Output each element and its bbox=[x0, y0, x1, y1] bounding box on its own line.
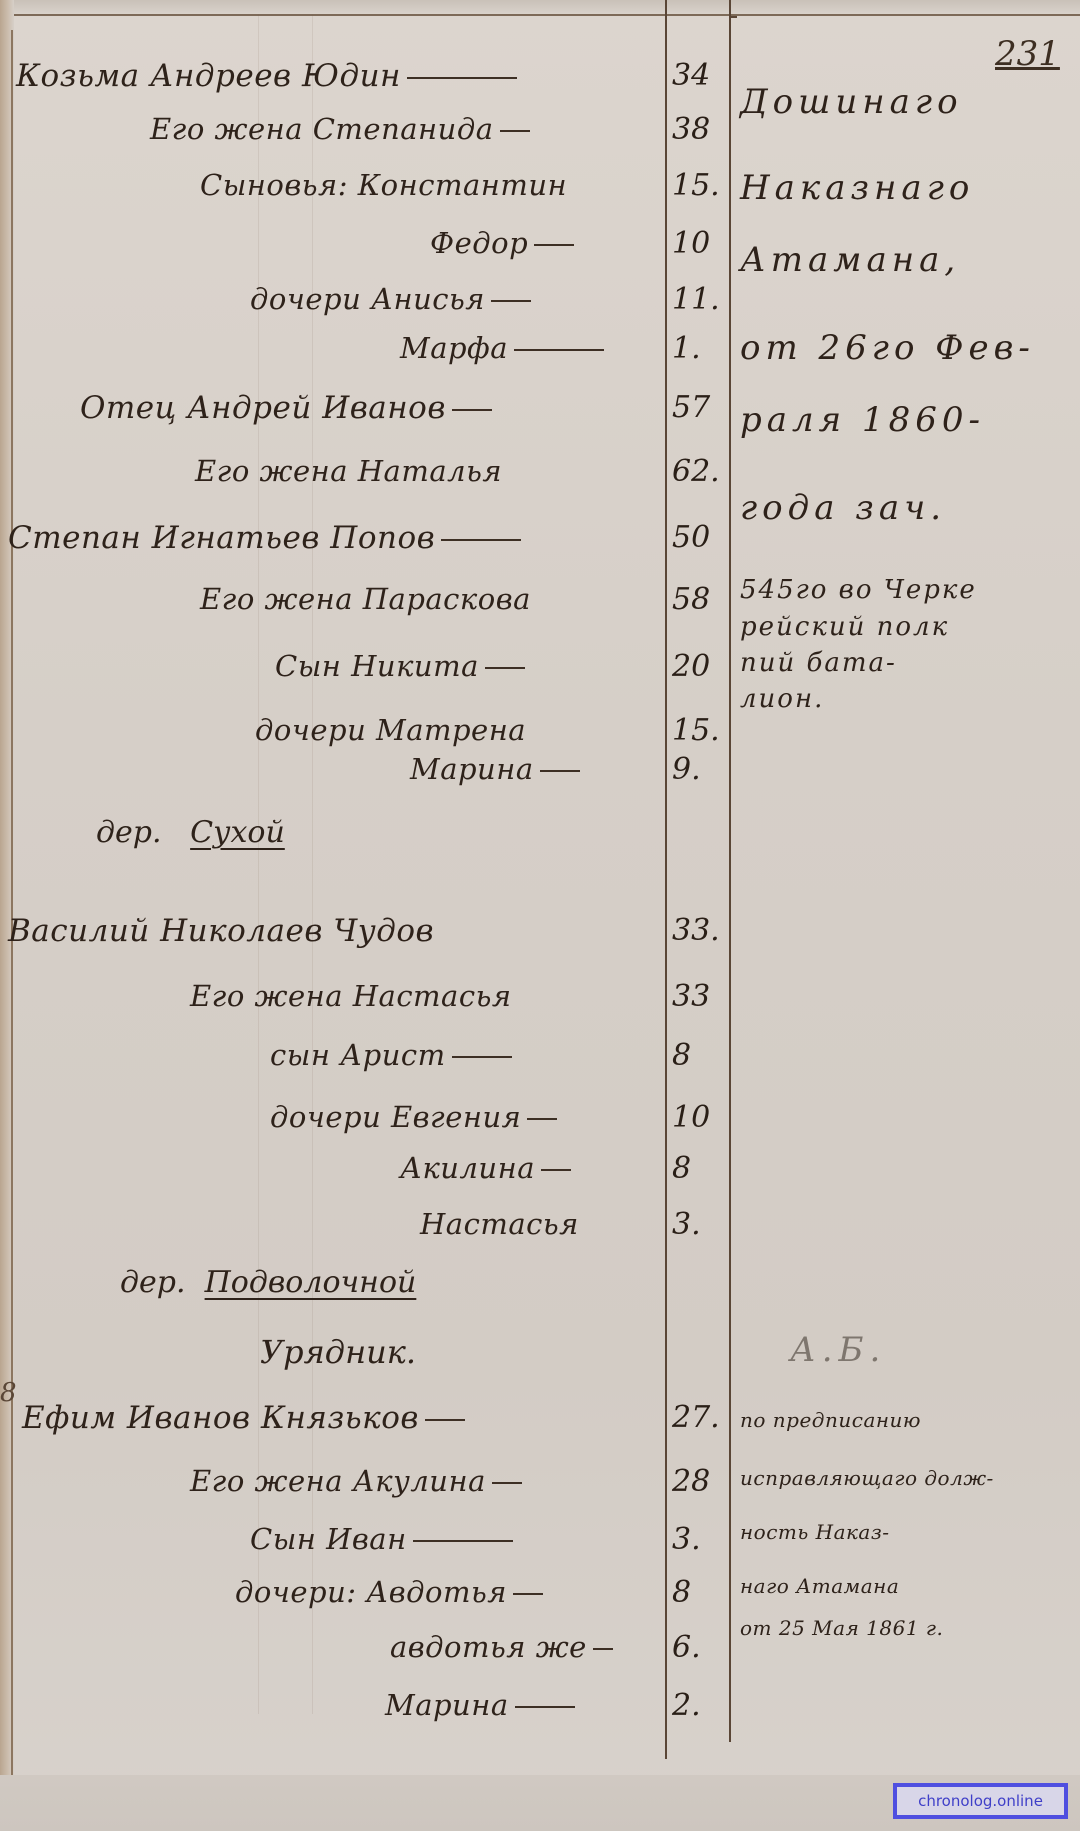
entry-name: дочери Матрена bbox=[255, 713, 526, 747]
top-rule bbox=[14, 14, 1080, 16]
note-line: пий бата- bbox=[740, 648, 897, 678]
entry-name: Ефим Иванов Князьков bbox=[22, 1400, 465, 1436]
note-line: по предписанию bbox=[740, 1408, 921, 1432]
entry-age: 62. bbox=[672, 454, 720, 489]
entry-age: 9. bbox=[672, 752, 701, 787]
entry-name: Марфа bbox=[400, 331, 604, 365]
notes-column-bracket bbox=[729, 16, 737, 18]
entry-name: дочери Анисья bbox=[250, 282, 531, 316]
entry-age: 1. bbox=[672, 331, 701, 366]
entry-name: Марина bbox=[410, 752, 580, 786]
entry-age: 3. bbox=[672, 1522, 701, 1557]
margin-mark: 8 bbox=[0, 1378, 17, 1408]
entry-age: 58 bbox=[672, 582, 710, 617]
entry-age: 38 bbox=[672, 112, 710, 147]
age-column-right-rule bbox=[729, 14, 731, 1742]
entry-age: 2. bbox=[672, 1688, 701, 1723]
entry-age: 11. bbox=[672, 282, 720, 317]
note-line: от 25 Мая 1861 г. bbox=[740, 1616, 943, 1640]
entry-name: дочери Евгения bbox=[270, 1100, 557, 1134]
note-line: Дошинаго bbox=[740, 82, 963, 122]
note-line: раля 1860- bbox=[740, 400, 985, 440]
note-line: года зач. bbox=[740, 488, 946, 528]
note-line: ность Наказ- bbox=[740, 1520, 890, 1544]
village-heading: дер. Сухой bbox=[96, 815, 285, 850]
note-line: лион. bbox=[740, 684, 824, 714]
entry-age: 33 bbox=[672, 979, 710, 1014]
bleed-through-rule bbox=[312, 14, 313, 1714]
age-column-left-rule bbox=[665, 14, 667, 1759]
entry-name: Его жена Наталья bbox=[195, 454, 502, 488]
note-line: 545го во Черке bbox=[740, 575, 977, 605]
entry-name: Сыновья: Константин bbox=[200, 168, 567, 202]
entry-name: сын Арист bbox=[270, 1038, 512, 1072]
entry-name: Его жена Настасья bbox=[190, 979, 512, 1013]
entry-name: Василий Николаев Чудов bbox=[8, 913, 434, 949]
entry-age: 8 bbox=[672, 1038, 691, 1073]
note-line: от 26го Фев- bbox=[740, 328, 1035, 368]
column-tick bbox=[665, 0, 667, 14]
entry-age: 27. bbox=[672, 1400, 720, 1435]
watermark-text: chronolog.online bbox=[897, 1787, 1064, 1815]
entry-name: Марина bbox=[385, 1688, 575, 1722]
entry-age: 6. bbox=[672, 1630, 701, 1665]
note-line: Наказнаго bbox=[740, 168, 974, 208]
entry-age: 15. bbox=[672, 168, 720, 203]
entry-age: 28 bbox=[672, 1464, 710, 1499]
entry-name: Настасья bbox=[420, 1207, 579, 1241]
entry-age: 50 bbox=[672, 520, 710, 555]
pencil-annotation: А.Б. bbox=[790, 1330, 886, 1370]
folio-number: 231 bbox=[995, 34, 1060, 74]
entry-age: 33. bbox=[672, 913, 720, 948]
entry-age: 8 bbox=[672, 1151, 691, 1186]
entry-name: Его жена Параскова bbox=[200, 582, 531, 616]
entry-name: Акилина bbox=[400, 1151, 571, 1185]
note-line: рейский полк bbox=[740, 612, 949, 642]
entry-name: авдотья же bbox=[390, 1630, 613, 1664]
entry-name: Сын Иван bbox=[250, 1522, 513, 1556]
entry-name: Степан Игнатьев Попов bbox=[8, 520, 521, 556]
note-line: исправляющаго долж- bbox=[740, 1466, 994, 1490]
bleed-through-rule bbox=[258, 14, 259, 1714]
watermark-badge[interactable]: chronolog.online bbox=[893, 1783, 1068, 1819]
entry-age: 15. bbox=[672, 713, 720, 748]
column-tick bbox=[729, 0, 731, 14]
village-heading: дер. Подволочной bbox=[120, 1265, 416, 1300]
entry-name: Козьма Андреев Юдин bbox=[16, 58, 517, 94]
entry-name: дочери: Авдотья bbox=[235, 1575, 543, 1609]
note-line: наго Атамана bbox=[740, 1574, 899, 1598]
entry-name: Сын Никита bbox=[275, 649, 525, 683]
entry-age: 3. bbox=[672, 1207, 701, 1242]
entry-name: Его жена Акулина bbox=[190, 1464, 522, 1498]
note-line: Атамана, bbox=[740, 240, 960, 280]
entry-age: 34 bbox=[672, 58, 710, 93]
entry-age: 10 bbox=[672, 226, 710, 261]
register-page: 231 8 Козьма Андреев Юдин 34 Его жена Ст… bbox=[0, 0, 1080, 1831]
page-top-edge bbox=[0, 0, 1080, 14]
rank-heading: Урядник. bbox=[260, 1333, 416, 1371]
entry-name: Федор bbox=[430, 226, 574, 260]
entry-age: 8 bbox=[672, 1575, 691, 1610]
entry-age: 57 bbox=[672, 390, 710, 425]
entry-age: 10 bbox=[672, 1100, 710, 1135]
entry-name: Отец Андрей Иванов bbox=[80, 390, 492, 426]
entry-name: Его жена Степанида bbox=[150, 112, 530, 146]
entry-age: 20 bbox=[672, 649, 710, 684]
